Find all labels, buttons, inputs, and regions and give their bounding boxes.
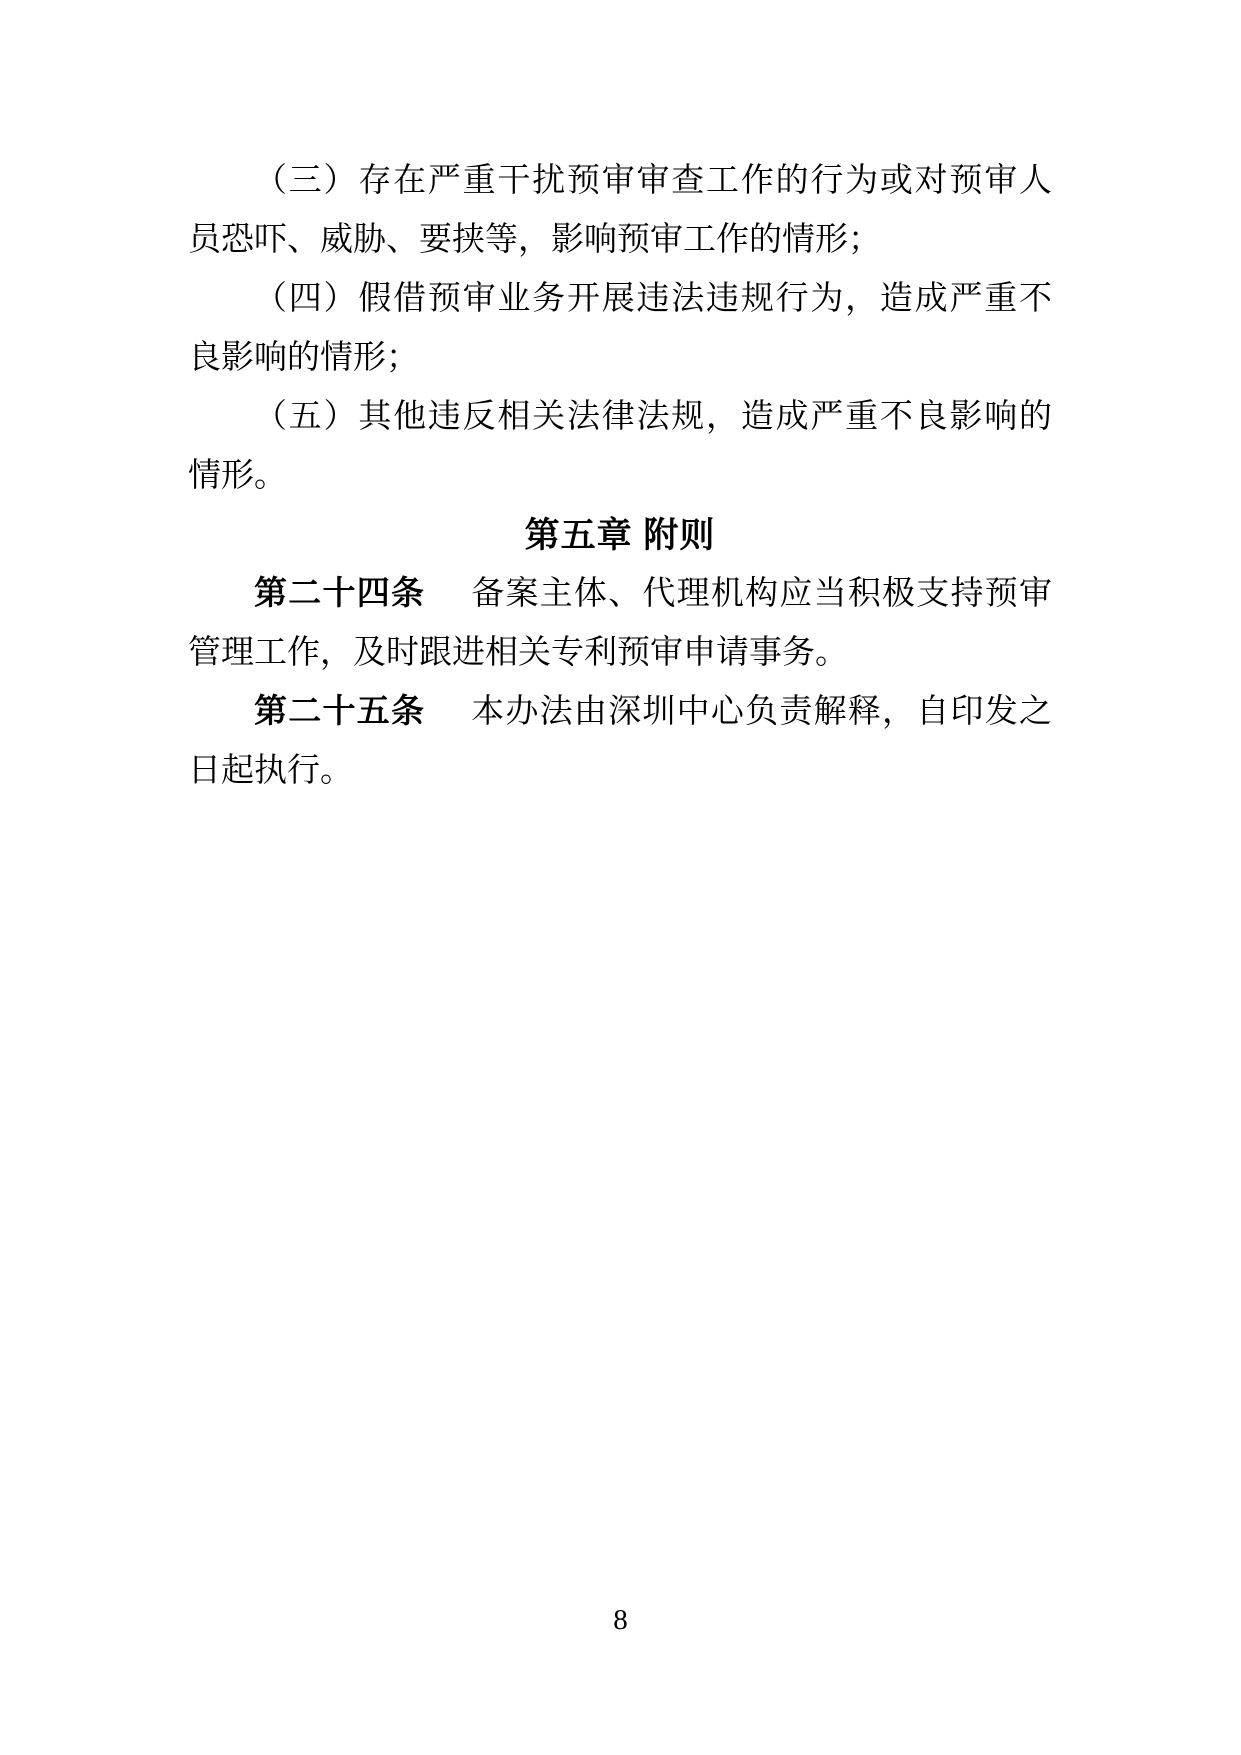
document-page: （三）存在严重干扰预审审查工作的行为或对预审人 员恐吓、威胁、要挟等，影响预审工… xyxy=(0,0,1241,1755)
article-25-line-2: 日起执行。 xyxy=(188,742,1052,801)
article-24-term: 第二十四条 xyxy=(254,576,425,612)
chapter-5-heading: 第五章 附则 xyxy=(188,506,1052,565)
clause-5-line-1: （五）其他违反相关法律法规，造成严重不良影响的 xyxy=(188,388,1052,447)
document-body: （三）存在严重干扰预审审查工作的行为或对预审人 员恐吓、威胁、要挟等，影响预审工… xyxy=(188,152,1052,801)
article-25-term: 第二十五条 xyxy=(254,694,425,730)
article-24-line-1: 第二十四条备案主体、代理机构应当积极支持预审 xyxy=(188,565,1052,624)
article-25-text: 本办法由深圳中心负责解释，自印发之 xyxy=(471,694,1052,730)
article-25-line-1: 第二十五条本办法由深圳中心负责解释，自印发之 xyxy=(188,683,1052,742)
clause-3-line-2: 员恐吓、威胁、要挟等，影响预审工作的情形； xyxy=(188,211,1052,270)
clause-4-line-2: 良影响的情形； xyxy=(188,329,1052,388)
page-number: 8 xyxy=(0,1606,1241,1635)
article-24-line-2: 管理工作，及时跟进相关专利预审申请事务。 xyxy=(188,624,1052,683)
clause-4-line-1: （四）假借预审业务开展违法违规行为，造成严重不 xyxy=(188,270,1052,329)
article-24-text: 备案主体、代理机构应当积极支持预审 xyxy=(471,576,1052,612)
clause-5-line-2: 情形。 xyxy=(188,447,1052,506)
clause-3-line-1: （三）存在严重干扰预审审查工作的行为或对预审人 xyxy=(188,152,1052,211)
